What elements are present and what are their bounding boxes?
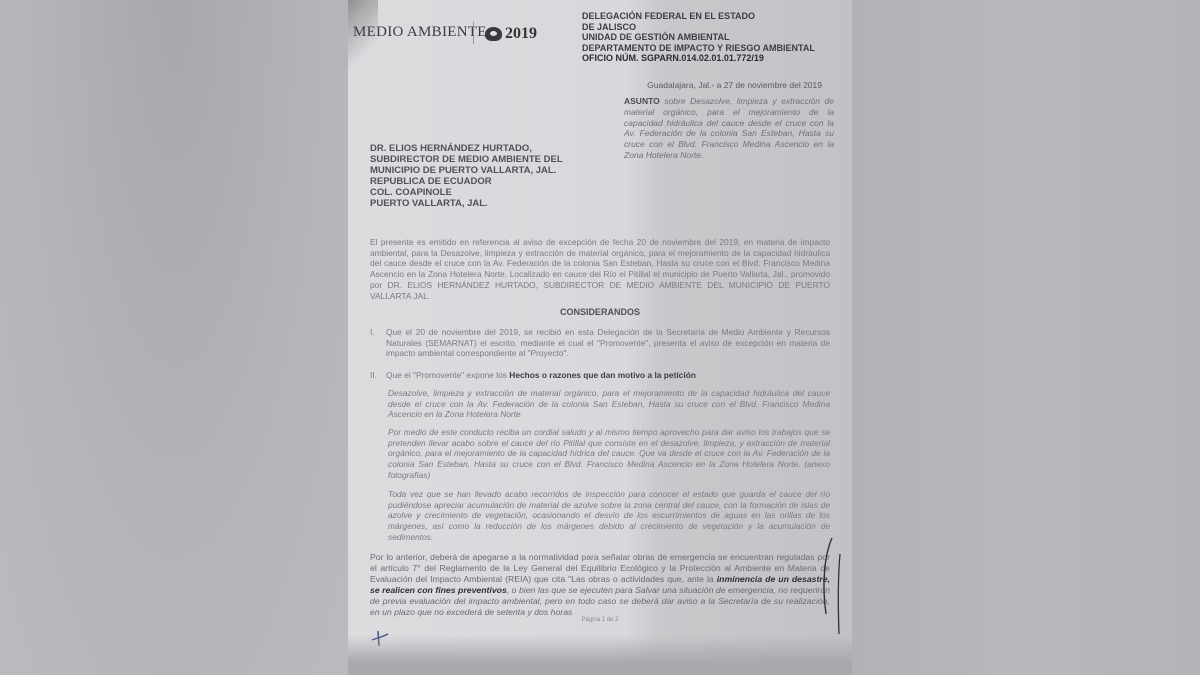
- considerando-item: II. Que el "Promovente" expone los Hecho…: [370, 370, 830, 381]
- page-number: Página 1 de 2: [348, 617, 852, 623]
- addressee-line: COL. COAPINOLE: [370, 187, 563, 198]
- quote-paragraph: Desazolve, limpieza y extracción de mate…: [388, 388, 830, 420]
- header-line: DEPARTAMENTO DE IMPACTO Y RIESGO AMBIENT…: [582, 43, 815, 54]
- document-page: MEDIO AMBIENTE 2019 DELEGACIÓN FEDERAL E…: [348, 0, 852, 675]
- item-number: II.: [370, 370, 386, 381]
- addressee-block: DR. ELIOS HERNÁNDEZ HURTADO, SUBDIRECTOR…: [370, 143, 563, 209]
- asunto-block: ASUNTO sobre Desazolve, limpieza y extra…: [624, 96, 834, 161]
- asunto-label: ASUNTO: [624, 96, 660, 106]
- agency-logo-text: MEDIO AMBIENTE: [353, 24, 487, 41]
- addressee-line: SUBDIRECTOR DE MEDIO AMBIENTE DEL: [370, 154, 563, 165]
- handwritten-initials-mark: [370, 630, 392, 648]
- oficio-number: OFICIO NÚM. SGPARN.014.02.01.01.772/19: [582, 53, 815, 64]
- intro-paragraph: El presente es emitido en referencia al …: [370, 237, 830, 301]
- considerandos-heading: CONSIDERANDOS: [348, 307, 852, 317]
- background-left: [0, 0, 350, 675]
- item-text: Que el 20 de noviembre del 2019, se reci…: [386, 327, 830, 359]
- closing-paragraph: Por lo anterior, deberá de apegarse a la…: [370, 552, 830, 617]
- header-line: DELEGACIÓN FEDERAL EN EL ESTADO: [582, 11, 815, 22]
- addressee-line: REPUBLICA DE ECUADOR: [370, 176, 563, 187]
- item-emphasis: Hechos o razones que dan motivo a la pet…: [509, 370, 696, 380]
- document-date: Guadalajara, Jal.- a 27 de noviembre del…: [647, 80, 822, 90]
- addressee-line: DR. ELIOS HERNÁNDEZ HURTADO,: [370, 143, 563, 154]
- background-right: [852, 0, 1200, 675]
- item-text: Que el "Promovente" expone los: [386, 370, 507, 380]
- addressee-line: PUERTO VALLARTA, JAL.: [370, 198, 563, 209]
- header-line: DE JALISCO: [582, 22, 815, 33]
- considerando-item: I. Que el 20 de noviembre del 2019, se r…: [370, 327, 830, 359]
- logo-divider: [473, 22, 474, 44]
- header-block: DELEGACIÓN FEDERAL EN EL ESTADO DE JALIS…: [582, 11, 815, 64]
- handwritten-bracket-mark: [818, 536, 844, 636]
- addressee-line: MUNICIPIO DE PUERTO VALLARTA, JAL.: [370, 165, 563, 176]
- quote-paragraph: Por medio de este conducto reciba un cor…: [388, 427, 830, 481]
- eagle-emblem-icon: [485, 27, 502, 41]
- year-logo-text: 2019: [505, 25, 537, 43]
- quote-paragraph: Toda vez que se han llevado acabo recorr…: [388, 489, 830, 543]
- year-logo: 2019: [485, 25, 537, 43]
- item-number: I.: [370, 327, 386, 359]
- header-line: UNIDAD DE GESTIÓN AMBIENTAL: [582, 32, 815, 43]
